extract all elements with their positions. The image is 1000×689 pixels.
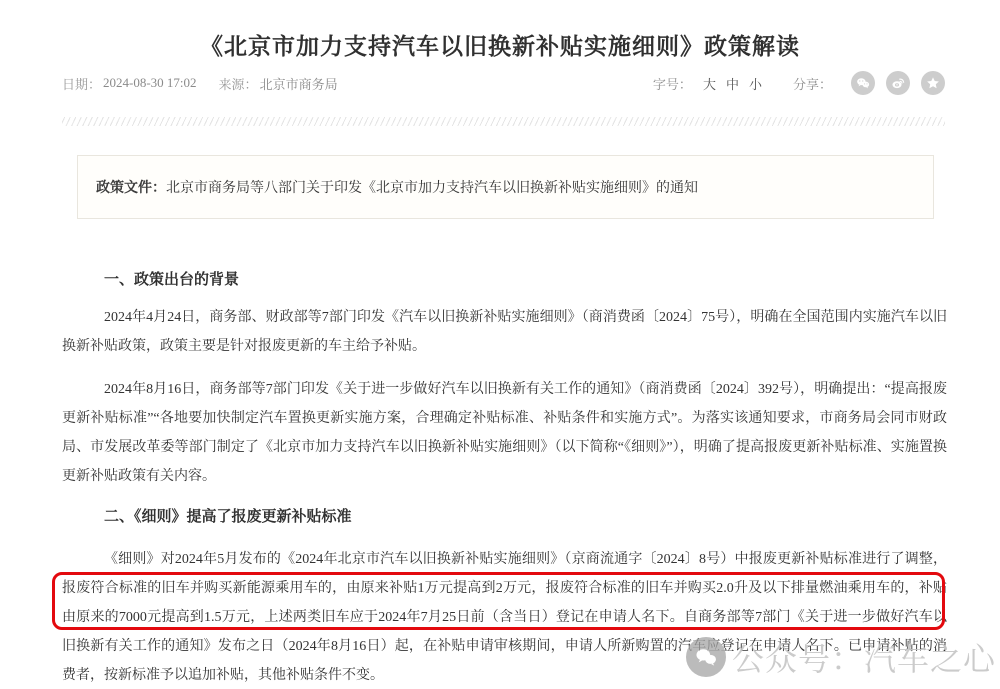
fontsize-large-button[interactable]: 大 [703,74,716,93]
source-label: 来源： [219,74,258,93]
share-icon-group [840,71,945,95]
qzone-share-icon[interactable] [921,71,945,95]
policy-file-link[interactable]: 北京市商务局等八部门关于印发《北京市加力支持汽车以旧换新补贴实施细则》的通知 [166,177,698,197]
wechat-share-icon[interactable] [851,71,875,95]
fontsize-medium-button[interactable]: 中 [726,74,739,93]
share-label: 分享： [793,74,832,93]
paragraph-1: 2024年4月24日，商务部、财政部等7部门印发《汽车以旧换新补贴实施细则》（商… [62,303,947,361]
meta-left-group: 日期： 2024-08-30 17:02 来源： 北京市商务局 [62,74,338,93]
date-label: 日期： [62,74,101,93]
policy-file-box: 政策文件： 北京市商务局等八部门关于印发《北京市加力支持汽车以旧换新补贴实施细则… [77,155,934,219]
paragraph-2: 2024年8月16日，商务部等7部门印发《关于进一步做好汽车以旧换新有关工作的通… [62,375,947,491]
source-value: 北京市商务局 [260,74,338,93]
hatched-divider [62,117,945,126]
page-title: 《北京市加力支持汽车以旧换新补贴实施细则》政策解读 [0,28,1000,61]
section-1-heading: 一、政策出台的背景 [104,268,239,289]
date-value: 2024-08-30 17:02 [103,75,197,91]
policy-file-label: 政策文件： [96,177,166,197]
fontsize-small-button[interactable]: 小 [749,74,762,93]
fontsize-label: 字号： [653,74,692,93]
article-meta-bar: 日期： 2024-08-30 17:02 来源： 北京市商务局 字号： 大 中 … [62,70,945,96]
meta-right-group: 字号： 大 中 小 分享： [653,71,945,95]
weibo-share-icon[interactable] [886,71,910,95]
paragraph-3: 《细则》对2024年5月发布的《2024年北京市汽车以旧换新补贴实施细则》（京商… [62,545,947,689]
policy-article-page: 《北京市加力支持汽车以旧换新补贴实施细则》政策解读 日期： 2024-08-30… [0,0,1000,689]
section-2-heading: 二、《细则》提高了报废更新补贴标准 [104,505,352,526]
